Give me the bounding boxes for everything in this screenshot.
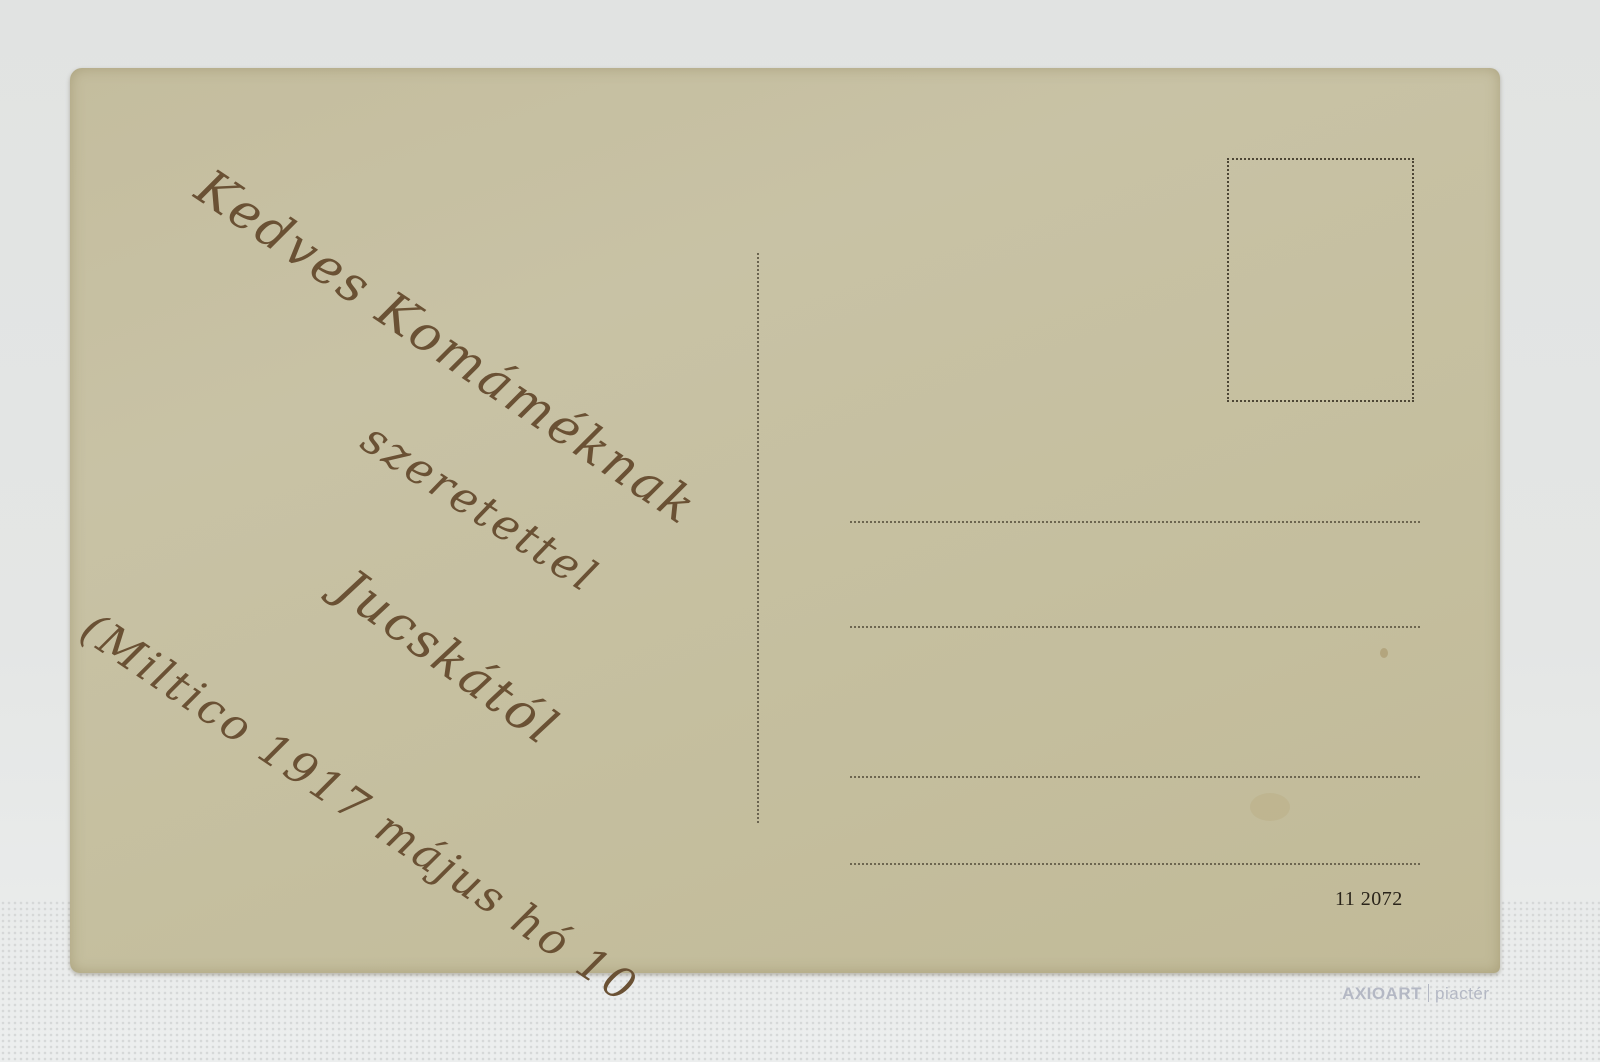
vertical-divider (757, 253, 759, 823)
print-code: 11 2072 (1335, 888, 1403, 911)
postcard: Kedves Komáméknak szeretettel Jucskától … (70, 68, 1500, 973)
watermark-sub: piactér (1435, 984, 1490, 1003)
stain (1380, 648, 1388, 658)
address-line-2 (850, 626, 1420, 628)
address-line-3 (850, 776, 1420, 778)
address-line-4 (850, 863, 1420, 865)
stamp-box (1227, 158, 1414, 402)
address-line-1 (850, 521, 1420, 523)
watermark: AXIOARTpiactér (1342, 984, 1490, 1004)
handwriting-line-4: (Miltico 1917 május hó 10 (71, 603, 646, 1014)
watermark-separator (1428, 984, 1429, 1002)
handwriting-line-3: Jucskától (326, 558, 570, 757)
stain (1250, 793, 1290, 821)
watermark-brand: AXIOART (1342, 984, 1422, 1003)
